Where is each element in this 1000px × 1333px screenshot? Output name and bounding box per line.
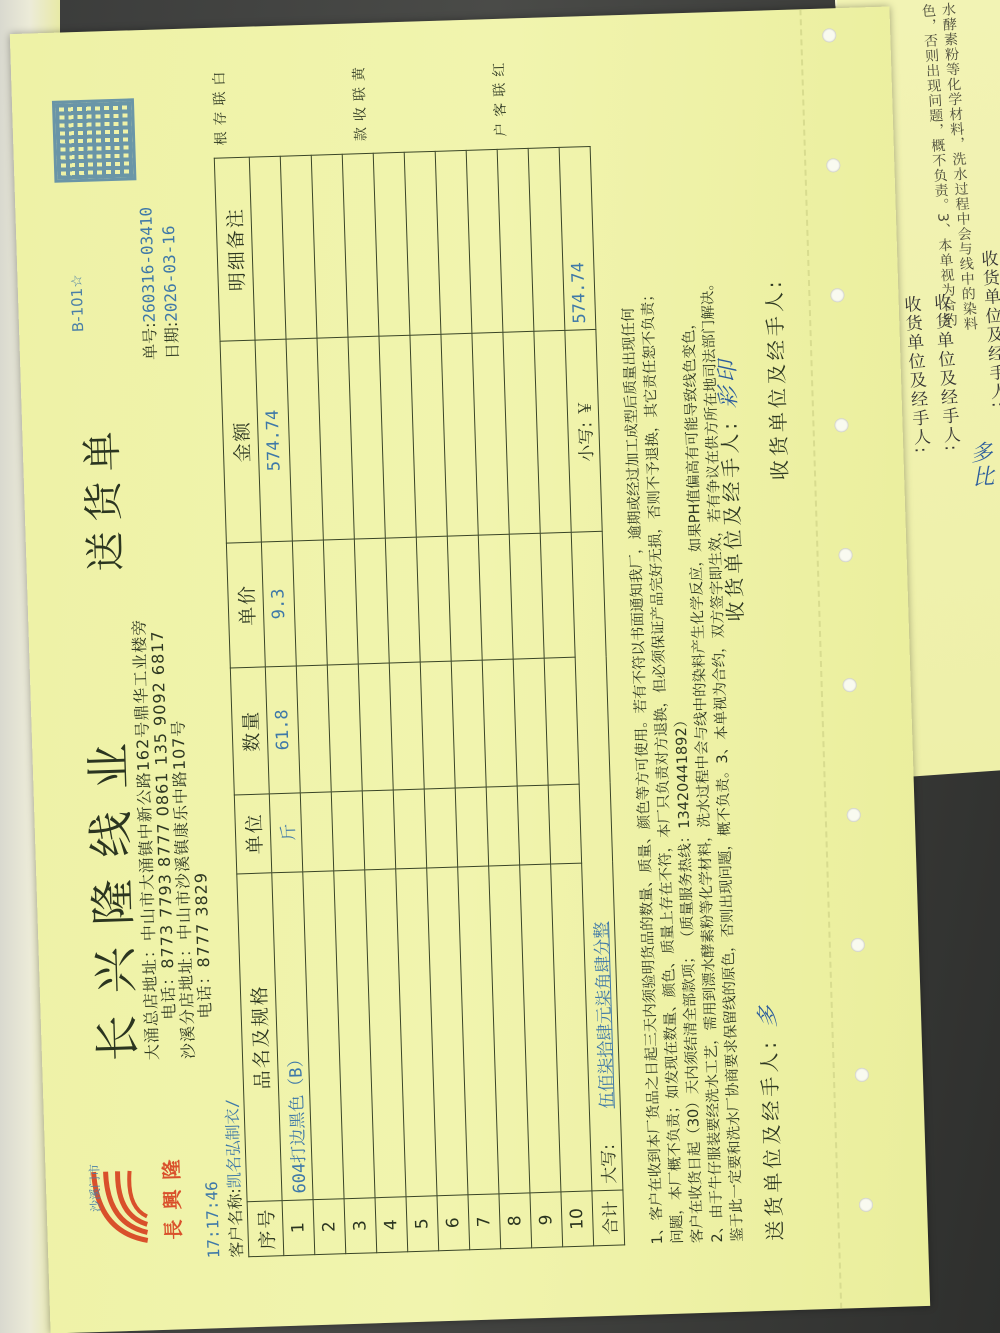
print-time: 17:17:46: [202, 1181, 223, 1259]
header: 沙溪门市 長興隆 长兴隆线业 送货单 B-101☆ 大涌总店地址：中山市大涌镇中…: [51, 79, 198, 1262]
header-index: 序号: [247, 1201, 284, 1257]
terms-and-conditions: 1、客户在收到本厂货品之日起三天内须验明货品的数量、质量、颜色等方可使用。若有不…: [613, 122, 748, 1245]
delivery-note-form: 沙溪门市 長興隆 长兴隆线业 送货单 B-101☆ 大涌总店地址：中山市大涌镇中…: [51, 59, 848, 1262]
delivery-note-sheet: 沙溪门市 長興隆 长兴隆线业 送货单 B-101☆ 大涌总店地址：中山市大涌镇中…: [10, 7, 930, 1333]
lower-amount: 574.74: [559, 146, 596, 330]
header-unit: 单位: [234, 793, 271, 873]
copy-yellow: 黄联收款: [351, 65, 370, 145]
copy-white: 白联存根: [211, 69, 230, 149]
lower-amount-label: 小写: ￥: [565, 330, 602, 532]
items-table: 序号 品名及规格 单位 数量 单价 金额 明细备注 1 604打边黑色（B） 斤…: [214, 146, 625, 1257]
header-price: 单价: [226, 542, 265, 669]
header-qty: 数量: [230, 667, 269, 794]
logo-text: 長興隆: [155, 1149, 187, 1240]
order-date: 日期:2026-03-16: [156, 225, 183, 359]
serial-code: B-101☆: [67, 274, 87, 332]
branch-phone: 电话：8777 3829: [188, 872, 216, 1019]
qr-code-icon: [52, 98, 137, 183]
total-label: 合计: [592, 1190, 625, 1246]
logo-caption: 沙溪门市: [85, 1164, 103, 1213]
copy-red: 红联客户: [491, 61, 510, 141]
receiver-signature-field-copy: 收货单位及经手人:: [758, 277, 793, 481]
background-signature: 多比: [963, 440, 997, 490]
sender-signature-field: 送货单位及经手人: 多: [751, 1001, 789, 1241]
header-note: 明细备注: [214, 157, 255, 341]
copy-labels: 白联存根 黄联收款 红联客户: [212, 110, 213, 150]
document-type-title: 送货单: [70, 421, 132, 573]
